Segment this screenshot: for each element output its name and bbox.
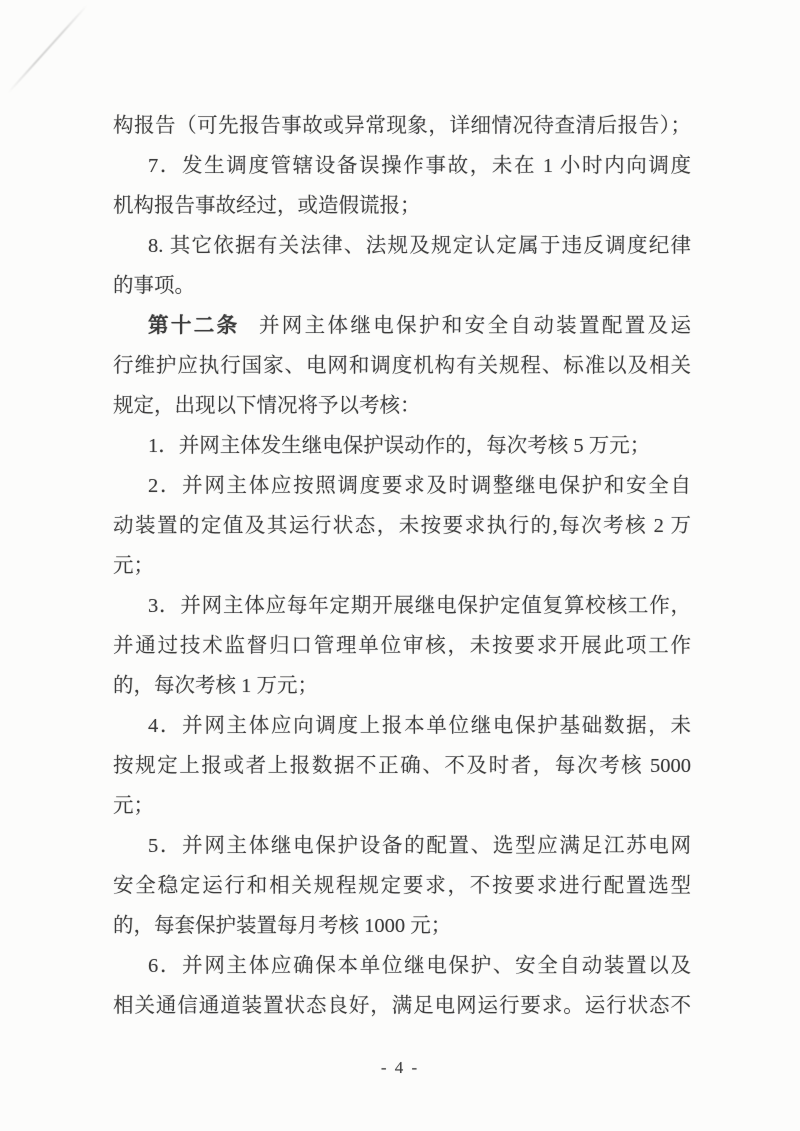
text-line: 的，每次考核 1 万元；: [113, 666, 691, 706]
text-line: 构报告（可先报告事故或异常现象，详细情况待查清后报告）；: [113, 106, 691, 146]
text-line: 2．并网主体应按照调度要求及时调整继电保护和安全自: [113, 466, 691, 506]
text-line: 动装置的定值及其运行状态，未按要求执行的,每次考核 2 万: [113, 506, 691, 546]
text-line: 按规定上报或者上报数据不正确、不及时者，每次考核 5000: [113, 746, 691, 786]
text-line: 相关通信通道装置状态良好，满足电网运行要求。运行状态不: [113, 986, 691, 1026]
scan-crease-artifact: [7, 5, 87, 94]
text-line: 5．并网主体继电保护设备的配置、选型应满足江苏电网: [113, 826, 691, 866]
item-7: 7．发生调度管辖设备误操作事故，未在 1 小时内向调度机构报告事故经过，或造假谎…: [113, 146, 691, 226]
text-line: 8. 其它依据有关法律、法规及规定认定属于违反调度纪律: [113, 226, 691, 266]
article-12: 第十二条并网主体继电保护和安全自动装置配置及运行维护应执行国家、电网和调度机构有…: [113, 306, 691, 426]
penalty-item-5: 5．并网主体继电保护设备的配置、选型应满足江苏电网安全稳定运行和相关规程规定要求…: [113, 826, 691, 946]
text-line: 4．并网主体应向调度上报本单位继电保护基础数据，未: [113, 706, 691, 746]
text-line: 的事项。: [113, 266, 691, 306]
text-line: 安全稳定运行和相关规程规定要求，不按要求进行配置选型: [113, 866, 691, 906]
text-line: 元；: [113, 546, 691, 586]
text-line: 的，每套保护装置每月考核 1000 元；: [113, 906, 691, 946]
text-line: 7．发生调度管辖设备误操作事故，未在 1 小时内向调度: [113, 146, 691, 186]
text-line: 第十二条并网主体继电保护和安全自动装置配置及运: [113, 306, 691, 346]
page-number: - 4 -: [0, 1058, 800, 1078]
penalty-item-2: 2．并网主体应按照调度要求及时调整继电保护和安全自动装置的定值及其运行状态，未按…: [113, 466, 691, 586]
text-line: 规定，出现以下情况将予以考核：: [113, 386, 691, 426]
article-text: 并网主体继电保护和安全自动装置配置及运: [259, 315, 691, 337]
penalty-item-6: 6．并网主体应确保本单位继电保护、安全自动装置以及相关通信通道装置状态良好，满足…: [113, 946, 691, 1026]
text-line: 6．并网主体应确保本单位继电保护、安全自动装置以及: [113, 946, 691, 986]
article-number-label: 第十二条: [148, 315, 239, 337]
document-page: 构报告（可先报告事故或异常现象，详细情况待查清后报告）；7．发生调度管辖设备误操…: [0, 0, 800, 1131]
text-line: 并通过技术监督归口管理单位审核，未按要求开展此项工作: [113, 626, 691, 666]
text-line: 行维护应执行国家、电网和调度机构有关规程、标准以及相关: [113, 346, 691, 386]
text-line: 机构报告事故经过，或造假谎报；: [113, 186, 691, 226]
text-line: 3．并网主体应每年定期开展继电保护定值复算校核工作，: [113, 586, 691, 626]
text-line: 元；: [113, 786, 691, 826]
penalty-item-4: 4．并网主体应向调度上报本单位继电保护基础数据，未按规定上报或者上报数据不正确、…: [113, 706, 691, 826]
item-8: 8. 其它依据有关法律、法规及规定认定属于违反调度纪律的事项。: [113, 226, 691, 306]
penalty-item-3: 3．并网主体应每年定期开展继电保护定值复算校核工作，并通过技术监督归口管理单位审…: [113, 586, 691, 706]
text-line: 1．并网主体发生继电保护误动作的，每次考核 5 万元；: [113, 426, 691, 466]
paragraph-continuation: 构报告（可先报告事故或异常现象，详细情况待查清后报告）；: [113, 106, 691, 146]
penalty-item-1: 1．并网主体发生继电保护误动作的，每次考核 5 万元；: [113, 426, 691, 466]
document-body: 构报告（可先报告事故或异常现象，详细情况待查清后报告）；7．发生调度管辖设备误操…: [113, 106, 691, 1026]
